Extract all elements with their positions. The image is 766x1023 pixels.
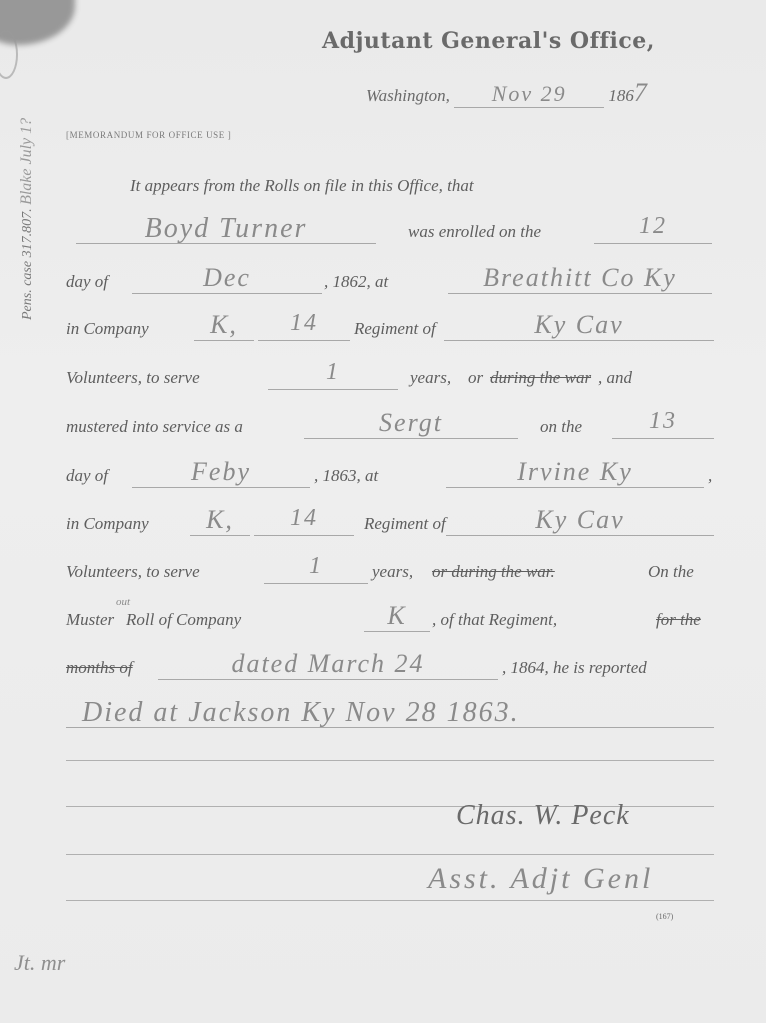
enrolled-month-field: Dec xyxy=(132,267,322,294)
serve-years-2-field: 1 xyxy=(264,557,368,584)
regiment-1: 14 xyxy=(290,310,318,336)
regiment-of-label-2: Regiment of xyxy=(364,514,446,534)
regiment-2: 14 xyxy=(290,505,318,531)
muster-roll-line: Muster out Roll of Company K , of that R… xyxy=(66,594,716,634)
years-label-1: years, xyxy=(410,368,451,388)
muster-insert: out xyxy=(116,596,130,608)
mustered-place: Irvine Ky xyxy=(517,457,632,486)
mustered-day-field: 13 xyxy=(612,412,714,439)
office-heading: Adjutant General's Office, xyxy=(322,28,655,54)
years-label-2: years, xyxy=(372,562,413,582)
rank: Sergt xyxy=(379,408,443,437)
months-of-struck: months of xyxy=(66,658,133,678)
during-war-struck-1: during the war xyxy=(490,368,591,388)
enrolled-place: Breathitt Co Ky xyxy=(483,263,677,292)
blank-line-1 xyxy=(66,760,714,761)
of-that-regiment-label: , of that Regiment, xyxy=(432,610,557,630)
during-war-struck-2: or during the war. xyxy=(432,562,555,582)
enrollment-date-line: day of Dec , 1862, at Breathitt Co Ky xyxy=(66,256,716,296)
muster-date-field: dated March 24 xyxy=(158,653,498,680)
year-prefix: 186 xyxy=(608,86,634,105)
regiment-1-field: 14 xyxy=(258,314,350,341)
regiment-state-2: Ky Cav xyxy=(535,505,624,534)
day-of-label: day of xyxy=(66,272,108,292)
margin-note: Pens. case 317.807. Blake July 1? xyxy=(18,118,36,320)
corner-initials: Jt. mr xyxy=(14,950,65,976)
mustered-line: mustered into service as a Sergt on the … xyxy=(66,401,716,441)
enrolled-place-field: Breathitt Co Ky xyxy=(448,267,712,294)
document-page: Pens. case 317.807. Blake July 1? Adjuta… xyxy=(0,0,766,1023)
date-field: Nov 29 xyxy=(454,81,604,108)
place-date-line: Washington, Nov 29 1867 xyxy=(366,78,649,108)
date-value: Nov 29 xyxy=(492,81,567,106)
day-of-label-2: day of xyxy=(66,466,108,486)
soldier-name-field: Boyd Turner xyxy=(76,217,376,244)
company-line-2: in Company K, 14 Regiment of Ky Cav xyxy=(66,498,716,538)
muster-date-line: day of Feby , 1863, at Irvine Ky , xyxy=(66,450,716,490)
muster-label: Muster xyxy=(66,610,114,630)
enrolled-day-field: 12 xyxy=(594,217,712,244)
regiment-of-label: Regiment of xyxy=(354,319,436,339)
intro-text: It appears from the Rolls on file in thi… xyxy=(130,176,474,196)
intro-line: It appears from the Rolls on file in thi… xyxy=(66,160,716,200)
and-label: , and xyxy=(598,368,632,388)
company-2: K, xyxy=(206,505,234,534)
pension-case-note: Pens. case 317.807. xyxy=(20,208,35,320)
regiment-state-1: Ky Cav xyxy=(534,310,623,339)
enrolled-day: 12 xyxy=(639,213,667,239)
name-line: Boyd Turner was enrolled on the 12 xyxy=(66,206,716,246)
mustered-label: mustered into service as a xyxy=(66,417,243,437)
or-label-1: or xyxy=(468,368,483,388)
margin-annotation: Blake July 1? xyxy=(18,118,35,205)
rank-field: Sergt xyxy=(304,412,518,439)
serve-years-2: 1 xyxy=(309,553,323,579)
mustered-day: 13 xyxy=(649,408,677,434)
company-1-field: K, xyxy=(194,314,254,341)
year-suffix: 7 xyxy=(634,78,649,107)
enrolled-year: , 1862, at xyxy=(324,272,388,292)
roll-of-company-label: Roll of Company xyxy=(126,610,241,630)
company-3-field: K xyxy=(364,605,430,632)
mustered-year: , 1863, at xyxy=(314,466,378,486)
service-term-line-2: Volunteers, to serve 1 years, or during … xyxy=(66,546,716,586)
signature-title: Asst. Adjt Genl xyxy=(428,862,653,896)
blank-line-4 xyxy=(66,900,714,901)
on-the-label-2: On the xyxy=(648,562,694,582)
regiment-state-2-field: Ky Cav xyxy=(446,509,714,536)
muster-date: dated March 24 xyxy=(231,649,424,678)
mustered-month-field: Feby xyxy=(132,461,310,488)
in-company-label: in Company xyxy=(66,319,149,339)
signature-name: Chas. W. Peck xyxy=(456,800,630,832)
in-company-label-2: in Company xyxy=(66,514,149,534)
serve-years-1: 1 xyxy=(326,359,340,385)
company-line-1: in Company K, 14 Regiment of Ky Cav xyxy=(66,303,716,343)
months-line: months of dated March 24 , 1864, he is r… xyxy=(66,642,716,682)
for-the-struck: for the xyxy=(656,610,701,630)
service-term-line-1: Volunteers, to serve 1 years, or during … xyxy=(66,352,716,392)
enrolled-month: Dec xyxy=(203,263,251,292)
company-2-field: K, xyxy=(190,509,250,536)
remarks: Died at Jackson Ky Nov 28 1863. xyxy=(82,697,520,728)
remarks-line: Died at Jackson Ky Nov 28 1863. xyxy=(66,690,716,730)
volunteers-label: Volunteers, to serve xyxy=(66,368,200,388)
memo-label: [MEMORANDUM FOR OFFICE USE ] xyxy=(66,130,231,140)
soldier-name: Boyd Turner xyxy=(145,213,308,244)
trailing-comma: , xyxy=(708,466,712,486)
blank-line-3 xyxy=(66,854,714,855)
mustered-month: Feby xyxy=(191,457,251,486)
serve-years-1-field: 1 xyxy=(268,363,398,390)
company-3: K xyxy=(387,601,406,630)
regiment-state-1-field: Ky Cav xyxy=(444,314,714,341)
regiment-2-field: 14 xyxy=(254,509,354,536)
mustered-place-field: Irvine Ky xyxy=(446,461,704,488)
report-year: , 1864, he is reported xyxy=(502,658,647,678)
remarks-field: Died at Jackson Ky Nov 28 1863. xyxy=(66,701,714,728)
volunteers-label-2: Volunteers, to serve xyxy=(66,562,200,582)
enrolled-label: was enrolled on the xyxy=(408,222,541,242)
place-label: Washington, xyxy=(366,86,450,105)
company-1: K, xyxy=(210,310,238,339)
on-the-label: on the xyxy=(540,417,582,437)
form-number: (167) xyxy=(656,912,673,921)
